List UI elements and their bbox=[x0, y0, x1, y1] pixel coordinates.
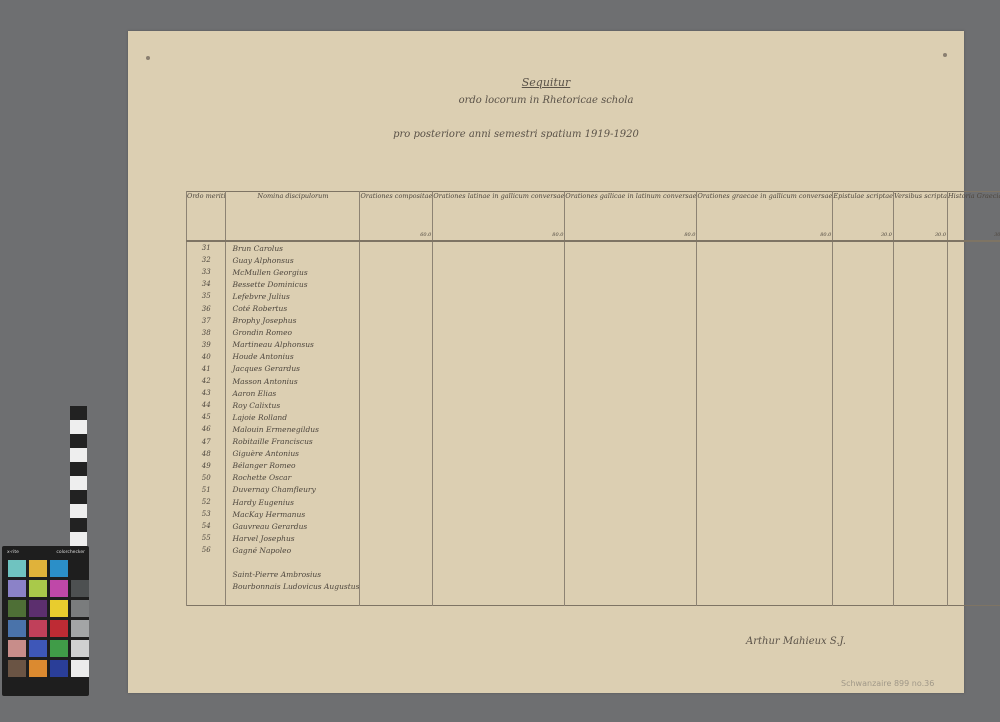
score-cell bbox=[433, 302, 565, 314]
score-cell bbox=[697, 363, 833, 375]
score-cell bbox=[893, 302, 947, 314]
score-cell bbox=[697, 266, 833, 278]
score-cell bbox=[697, 339, 833, 351]
student-name-cell: Bélanger Romeo bbox=[226, 460, 360, 472]
score-cell bbox=[833, 375, 894, 387]
rank-cell: 45 bbox=[187, 411, 226, 423]
column-header: Ordo meriti bbox=[187, 192, 226, 242]
score-cell bbox=[360, 484, 433, 496]
score-cell bbox=[833, 520, 894, 532]
score-cell bbox=[948, 411, 1000, 423]
score-cell bbox=[833, 327, 894, 339]
table-row: 39Martineau Alphonsus182.4362.635 bbox=[187, 339, 1000, 351]
rank-cell: 39 bbox=[187, 339, 226, 351]
color-patch bbox=[8, 620, 26, 637]
table-row: 56Gagné Napoleo134.9272.656 bbox=[187, 544, 1000, 556]
score-cell bbox=[433, 460, 565, 472]
score-cell bbox=[948, 532, 1000, 544]
score-cell bbox=[893, 351, 947, 363]
score-cell bbox=[893, 363, 947, 375]
score-cell bbox=[433, 448, 565, 460]
score-cell bbox=[565, 351, 697, 363]
color-patch bbox=[50, 660, 68, 677]
student-name-cell: Brun Carolus bbox=[226, 241, 360, 254]
student-name-cell: McMullen Georgius bbox=[226, 266, 360, 278]
score-cell bbox=[893, 581, 947, 593]
student-name-cell: Lefebvre Julius bbox=[226, 290, 360, 302]
score-cell bbox=[697, 254, 833, 266]
color-patch bbox=[50, 600, 68, 617]
pin-hole bbox=[943, 53, 947, 57]
color-patch bbox=[8, 560, 26, 577]
score-cell bbox=[433, 241, 565, 254]
column-header: Nomina discipulorum bbox=[226, 192, 360, 242]
score-cell bbox=[833, 532, 894, 544]
score-cell bbox=[360, 411, 433, 423]
score-cell bbox=[565, 423, 697, 435]
score-cell bbox=[697, 399, 833, 411]
score-cell bbox=[948, 327, 1000, 339]
score-cell bbox=[948, 302, 1000, 314]
score-cell bbox=[565, 496, 697, 508]
rank-cell: 38 bbox=[187, 327, 226, 339]
score-cell bbox=[893, 544, 947, 556]
color-patch bbox=[50, 620, 68, 637]
score-cell bbox=[833, 581, 894, 593]
score-cell bbox=[565, 363, 697, 375]
score-cell bbox=[433, 520, 565, 532]
column-max-score: 30.0 bbox=[881, 231, 892, 239]
rank-cell: 40 bbox=[187, 351, 226, 363]
table-row: 47Robitaille Franciscus170.7362.539 bbox=[187, 436, 1000, 448]
student-name-cell: Jacques Gerardus bbox=[226, 363, 360, 375]
spacer-row bbox=[187, 556, 1000, 568]
score-cell bbox=[565, 278, 697, 290]
score-cell bbox=[948, 448, 1000, 460]
score-cell bbox=[697, 302, 833, 314]
score-cell bbox=[948, 581, 1000, 593]
column-header: Orationes gallicae in latinum conversae8… bbox=[565, 192, 697, 242]
score-cell bbox=[948, 520, 1000, 532]
score-cell bbox=[833, 460, 894, 472]
score-cell bbox=[565, 472, 697, 484]
score-cell bbox=[948, 315, 1000, 327]
column-max-score: 60.0 bbox=[420, 231, 431, 239]
score-cell bbox=[433, 581, 565, 593]
column-header-label: Versibus scripta bbox=[894, 192, 947, 200]
archive-stamp: Schwanzaire 899 no.36 bbox=[841, 679, 934, 688]
score-cell bbox=[433, 544, 565, 556]
score-cell bbox=[697, 581, 833, 593]
score-cell bbox=[893, 423, 947, 435]
student-name-cell: Masson Antonius bbox=[226, 375, 360, 387]
table-row: 38Grondin Romeo182.0355.340 bbox=[187, 327, 1000, 339]
color-patch bbox=[29, 620, 47, 637]
table-header-row: Ordo meritiNomina discipulorumOrationes … bbox=[187, 192, 1000, 242]
score-cell bbox=[833, 241, 894, 254]
score-cell bbox=[833, 266, 894, 278]
score-cell bbox=[360, 544, 433, 556]
score-cell bbox=[697, 327, 833, 339]
student-name-cell: Saint-Pierre Ambrosius bbox=[226, 569, 360, 581]
table-row: 31Brun Carolus185.0375.133 bbox=[187, 241, 1000, 254]
table-row: 36Coté Robertus184.6390.234 bbox=[187, 302, 1000, 314]
table-row: 51Duvernay Chamfleury156.1335.447 bbox=[187, 484, 1000, 496]
ranking-table: Ordo meritiNomina discipulorumOrationes … bbox=[186, 191, 1000, 606]
score-cell bbox=[565, 411, 697, 423]
score-cell bbox=[948, 339, 1000, 351]
column-header: Historia Graeciae30.0 bbox=[948, 192, 1000, 242]
rank-cell: 34 bbox=[187, 278, 226, 290]
score-cell bbox=[360, 423, 433, 435]
score-cell bbox=[433, 363, 565, 375]
table-row: 43Aaron Elias175.4346.343 bbox=[187, 387, 1000, 399]
student-name-cell: Bourbonnais Ludovicus Augustus bbox=[226, 581, 360, 593]
score-cell bbox=[565, 508, 697, 520]
color-patch bbox=[8, 640, 26, 657]
score-cell bbox=[948, 254, 1000, 266]
score-cell bbox=[697, 423, 833, 435]
score-cell bbox=[565, 581, 697, 593]
score-cell bbox=[697, 375, 833, 387]
score-cell bbox=[697, 436, 833, 448]
student-name-cell: Guay Alphonsus bbox=[226, 254, 360, 266]
score-cell bbox=[565, 460, 697, 472]
score-cell bbox=[893, 278, 947, 290]
score-cell bbox=[433, 399, 565, 411]
score-cell bbox=[833, 496, 894, 508]
score-cell bbox=[697, 532, 833, 544]
student-name-cell: Houde Antonius bbox=[226, 351, 360, 363]
score-cell bbox=[697, 387, 833, 399]
score-cell bbox=[833, 472, 894, 484]
score-cell bbox=[833, 339, 894, 351]
score-cell bbox=[833, 484, 894, 496]
rank-cell: 36 bbox=[187, 302, 226, 314]
score-cell bbox=[360, 241, 433, 254]
score-cell bbox=[360, 472, 433, 484]
score-cell bbox=[948, 375, 1000, 387]
score-cell bbox=[948, 436, 1000, 448]
rank-cell: 32 bbox=[187, 254, 226, 266]
color-patch bbox=[50, 560, 68, 577]
score-cell bbox=[697, 315, 833, 327]
rank-cell: 31 bbox=[187, 241, 226, 254]
table-row: 53MacKay Hermanus145.0297.751 bbox=[187, 508, 1000, 520]
column-header: Orationes latinae in gallicum conversae8… bbox=[433, 192, 565, 242]
color-patch bbox=[29, 560, 47, 577]
rank-cell: 56 bbox=[187, 544, 226, 556]
score-cell bbox=[948, 290, 1000, 302]
score-cell bbox=[433, 496, 565, 508]
color-checker-card: x-ritecolorchecker bbox=[2, 546, 89, 696]
score-cell bbox=[833, 423, 894, 435]
score-cell bbox=[565, 532, 697, 544]
score-cell bbox=[948, 387, 1000, 399]
score-cell bbox=[948, 496, 1000, 508]
score-cell bbox=[893, 339, 947, 351]
score-cell bbox=[893, 411, 947, 423]
column-header: Epistulae scriptae30.0 bbox=[833, 192, 894, 242]
score-cell bbox=[893, 315, 947, 327]
student-name-cell: Rochette Oscar bbox=[226, 472, 360, 484]
score-cell bbox=[565, 544, 697, 556]
color-patch bbox=[8, 580, 26, 597]
score-cell bbox=[833, 278, 894, 290]
score-cell bbox=[948, 423, 1000, 435]
score-cell bbox=[697, 484, 833, 496]
xrite-logo: x-rite bbox=[7, 550, 19, 555]
score-cell bbox=[433, 266, 565, 278]
score-cell bbox=[833, 315, 894, 327]
score-cell bbox=[893, 448, 947, 460]
score-cell bbox=[565, 520, 697, 532]
rank-cell: 53 bbox=[187, 508, 226, 520]
student-name-cell: Hardy Eugenius bbox=[226, 496, 360, 508]
rank-cell: 35 bbox=[187, 290, 226, 302]
color-patch bbox=[29, 640, 47, 657]
table-row: 41Jacques Gerardus180.3367.737 bbox=[187, 363, 1000, 375]
document-subtitle: ordo locorum in Rhetoricae schola bbox=[128, 95, 964, 106]
table-row: 44Roy Calixtus175.1345.643 bbox=[187, 399, 1000, 411]
score-cell bbox=[360, 532, 433, 544]
column-header: Orationes compositae60.0 bbox=[360, 192, 433, 242]
column-header-label: Epistulae scriptae bbox=[833, 192, 893, 200]
score-cell bbox=[697, 278, 833, 290]
score-cell bbox=[360, 327, 433, 339]
score-cell bbox=[833, 363, 894, 375]
score-cell bbox=[565, 302, 697, 314]
score-cell bbox=[697, 290, 833, 302]
score-cell bbox=[833, 387, 894, 399]
student-name-cell: Bessette Dominicus bbox=[226, 278, 360, 290]
score-cell bbox=[893, 266, 947, 278]
score-cell bbox=[565, 339, 697, 351]
score-cell bbox=[893, 508, 947, 520]
score-cell bbox=[697, 508, 833, 520]
color-patch bbox=[71, 600, 89, 617]
student-name-cell: Malouin Ermenegildus bbox=[226, 423, 360, 435]
grayscale-ruler bbox=[70, 406, 87, 546]
rank-cell: 44 bbox=[187, 399, 226, 411]
color-patch bbox=[71, 560, 89, 577]
score-cell bbox=[948, 266, 1000, 278]
score-cell bbox=[833, 351, 894, 363]
student-name-cell: Grondin Romeo bbox=[226, 327, 360, 339]
score-cell bbox=[893, 327, 947, 339]
column-header-label: Orationes gallicae in latinum conversae bbox=[565, 192, 696, 200]
score-cell bbox=[893, 472, 947, 484]
blank-row bbox=[187, 593, 1000, 606]
score-cell bbox=[833, 436, 894, 448]
score-cell bbox=[893, 387, 947, 399]
score-cell bbox=[360, 387, 433, 399]
table-row: 34Bessette Dominicus184.3370.735 bbox=[187, 278, 1000, 290]
color-patch bbox=[50, 640, 68, 657]
rank-cell: 46 bbox=[187, 423, 226, 435]
score-cell bbox=[433, 484, 565, 496]
table-row: 52Hardy Eugenius151.6297.853 bbox=[187, 496, 1000, 508]
document-title: Sequitur bbox=[128, 76, 964, 89]
score-cell bbox=[697, 411, 833, 423]
rank-cell bbox=[187, 581, 226, 593]
score-cell bbox=[833, 411, 894, 423]
score-cell bbox=[360, 315, 433, 327]
score-cell bbox=[893, 496, 947, 508]
score-cell bbox=[948, 508, 1000, 520]
color-patch bbox=[71, 640, 89, 657]
score-cell bbox=[360, 254, 433, 266]
score-cell bbox=[565, 399, 697, 411]
table-row: 42Masson Antonius179.6370.236 bbox=[187, 375, 1000, 387]
score-cell bbox=[893, 532, 947, 544]
column-header: Orationes graecae in gallicum conversae8… bbox=[697, 192, 833, 242]
score-cell bbox=[948, 569, 1000, 581]
score-cell bbox=[360, 508, 433, 520]
rank-cell: 51 bbox=[187, 484, 226, 496]
student-name-cell: Giguère Antonius bbox=[226, 448, 360, 460]
score-cell bbox=[565, 436, 697, 448]
column-header-label: Orationes latinae in gallicum conversae bbox=[433, 192, 564, 200]
score-cell bbox=[697, 460, 833, 472]
rank-cell: 41 bbox=[187, 363, 226, 375]
score-cell bbox=[360, 302, 433, 314]
rank-cell: 50 bbox=[187, 472, 226, 484]
score-cell bbox=[360, 351, 433, 363]
score-cell bbox=[893, 290, 947, 302]
color-patch-grid bbox=[8, 560, 89, 677]
table-row: 46Malouin Ermenegildus172.5342.146 bbox=[187, 423, 1000, 435]
column-header-label: Orationes compositae bbox=[360, 192, 432, 200]
score-cell bbox=[697, 351, 833, 363]
score-cell bbox=[565, 484, 697, 496]
score-cell bbox=[433, 254, 565, 266]
score-cell bbox=[833, 302, 894, 314]
score-cell bbox=[433, 290, 565, 302]
student-name-cell: Roy Calixtus bbox=[226, 399, 360, 411]
score-cell bbox=[893, 436, 947, 448]
score-cell bbox=[833, 290, 894, 302]
score-cell bbox=[565, 569, 697, 581]
score-cell bbox=[360, 569, 433, 581]
score-cell bbox=[893, 484, 947, 496]
document-sheet: Sequitur ordo locorum in Rhetoricae scho… bbox=[128, 31, 964, 693]
score-cell bbox=[893, 254, 947, 266]
score-cell bbox=[360, 496, 433, 508]
score-cell bbox=[948, 399, 1000, 411]
score-cell bbox=[893, 375, 947, 387]
student-name-cell: Harvel Josephus bbox=[226, 532, 360, 544]
score-cell bbox=[433, 351, 565, 363]
score-cell bbox=[360, 448, 433, 460]
student-name-cell: Brophy Josephus bbox=[226, 315, 360, 327]
student-name-cell: Lajoie Rolland bbox=[226, 411, 360, 423]
score-cell bbox=[697, 496, 833, 508]
score-cell bbox=[893, 460, 947, 472]
score-cell bbox=[565, 254, 697, 266]
column-header: Versibus scripta30.0 bbox=[893, 192, 947, 242]
score-cell bbox=[697, 241, 833, 254]
color-patch bbox=[71, 620, 89, 637]
signature: Arthur Mahieux S.J. bbox=[746, 636, 846, 647]
score-cell bbox=[697, 448, 833, 460]
table-row: 50Rochette Oscar157.1306.950 bbox=[187, 472, 1000, 484]
score-cell bbox=[833, 254, 894, 266]
column-max-score: 80.0 bbox=[552, 231, 563, 239]
score-cell bbox=[433, 375, 565, 387]
rank-cell: 42 bbox=[187, 375, 226, 387]
score-cell bbox=[433, 387, 565, 399]
rank-cell: 48 bbox=[187, 448, 226, 460]
table-row: 40Houde Antonius181.6362.941 bbox=[187, 351, 1000, 363]
score-cell bbox=[948, 472, 1000, 484]
score-cell bbox=[833, 448, 894, 460]
score-cell bbox=[433, 315, 565, 327]
score-cell bbox=[360, 290, 433, 302]
column-header-label: Nomina discipulorum bbox=[257, 192, 328, 200]
score-cell bbox=[565, 290, 697, 302]
color-patch bbox=[29, 580, 47, 597]
score-cell bbox=[360, 520, 433, 532]
score-cell bbox=[565, 375, 697, 387]
score-cell bbox=[433, 508, 565, 520]
student-name-cell: Duvernay Chamfleury bbox=[226, 484, 360, 496]
rank-cell: 37 bbox=[187, 315, 226, 327]
score-cell bbox=[565, 241, 697, 254]
table-row: Saint-Pierre Ambrosius bbox=[187, 569, 1000, 581]
score-cell bbox=[433, 472, 565, 484]
score-cell bbox=[697, 544, 833, 556]
score-cell bbox=[433, 532, 565, 544]
score-cell bbox=[893, 520, 947, 532]
score-cell bbox=[565, 387, 697, 399]
score-cell bbox=[360, 266, 433, 278]
table-row: 48Giguère Antonius165.6325.148 bbox=[187, 448, 1000, 460]
score-cell bbox=[360, 375, 433, 387]
score-cell bbox=[833, 508, 894, 520]
score-cell bbox=[360, 339, 433, 351]
table-row: 49Bélanger Romeo166.7320.449 bbox=[187, 460, 1000, 472]
score-cell bbox=[433, 436, 565, 448]
document-period: pro posteriore anni semestri spatium 191… bbox=[98, 129, 934, 140]
score-cell bbox=[948, 278, 1000, 290]
score-cell bbox=[565, 266, 697, 278]
column-header-label: Historia Graeciae bbox=[948, 192, 1000, 200]
column-max-score: 30.0 bbox=[935, 231, 946, 239]
score-cell bbox=[360, 363, 433, 375]
score-cell bbox=[565, 327, 697, 339]
table-row: 32Guay Alphonsus186.2383.731 bbox=[187, 254, 1000, 266]
score-cell bbox=[360, 436, 433, 448]
score-cell bbox=[360, 460, 433, 472]
score-cell bbox=[893, 399, 947, 411]
rank-cell: 55 bbox=[187, 532, 226, 544]
column-max-score: 80.0 bbox=[684, 231, 695, 239]
score-cell bbox=[697, 569, 833, 581]
table-row: 55Harvel Josephus128.3291.952 bbox=[187, 532, 1000, 544]
score-cell bbox=[433, 411, 565, 423]
score-cell bbox=[565, 448, 697, 460]
colorchecker-label: colorchecker bbox=[56, 550, 85, 555]
rank-cell: 49 bbox=[187, 460, 226, 472]
score-cell bbox=[893, 569, 947, 581]
score-cell bbox=[433, 327, 565, 339]
score-cell bbox=[565, 315, 697, 327]
rank-cell: 54 bbox=[187, 520, 226, 532]
table-row: 35Lefebvre Julius184.6361.438 bbox=[187, 290, 1000, 302]
table-row: 33McMullen Georgius186.5386.331 bbox=[187, 266, 1000, 278]
score-cell bbox=[948, 351, 1000, 363]
